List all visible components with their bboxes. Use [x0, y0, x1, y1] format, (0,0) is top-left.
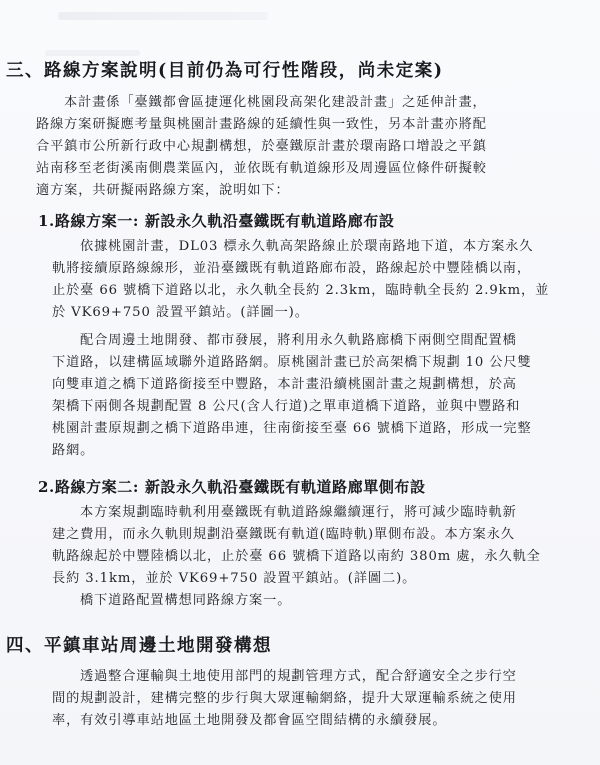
paragraph-line: 適方案，共研擬兩路線方案，說明如下：	[36, 180, 576, 202]
paragraph-line: 配合周邊土地開發、都市發展，將利用永久軌路廊橋下兩側空間配置橋	[52, 330, 582, 352]
section-4-paragraph: 透過整合運輸與土地使用部門的規劃管理方式，配合舒適安全之步行空 間的規劃設計，建…	[52, 666, 582, 732]
paragraph-line: 止於臺 66 號橋下道路以北，永久軌全長約 2.3km，臨時軌全長約 2.9km…	[52, 280, 582, 302]
paragraph-line: 下道路，以建構區域聯外道路路網。原桃園計畫已於高架橋下規劃 10 公尺雙	[52, 352, 582, 374]
paragraph-line: 合平鎮市公所新行政中心規劃構想，於臺鐵原計畫於環南路口增設之平鎮	[36, 136, 576, 158]
paragraph-line: 長約 3.1km，並於 VK69+750 設置平鎮站。(詳圖二)。	[52, 568, 582, 590]
paragraph-line: 軌將接續原路線線形，並沿臺鐵既有軌道路廊布設，路線起於中豐陸橋以南，	[52, 258, 582, 280]
paragraph-line: 路網。	[52, 440, 582, 462]
document-page: 三、路線方案說明(目前仍為可行性階段，尚未定案) 本計畫係「臺鐵都會區捷運化桃園…	[0, 0, 600, 765]
paragraph-line: 間的規劃設計，建構完整的步行與大眾運輸網絡，提升大眾運輸系統之使用	[52, 688, 582, 710]
option-2-paragraph-2: 橋下道路配置構想同路線方案一。	[52, 590, 582, 612]
paragraph-line: 向雙車道之橋下道路銜接至中豐路，本計畫沿續桃園計畫之規劃構想，於高	[52, 374, 582, 396]
paragraph-line: 桃園計畫原規劃之橋下道路串連，往南銜接至臺 66 號橋下道路，形成一完整	[52, 418, 582, 440]
option-2-heading: 2.路線方案二: 新設永久軌沿臺鐵既有軌道路廊單側布設	[38, 476, 426, 497]
paragraph-line: 本計畫係「臺鐵都會區捷運化桃園段高架化建設計畫」之延伸計畫，	[36, 92, 576, 114]
section-3-intro-paragraph: 本計畫係「臺鐵都會區捷運化桃園段高架化建設計畫」之延伸計畫， 路線方案研擬應考量…	[36, 92, 576, 202]
option-1-paragraph-2: 配合周邊土地開發、都市發展，將利用永久軌路廊橋下兩側空間配置橋 下道路，以建構區…	[52, 330, 582, 462]
option-1-heading: 1.路線方案一: 新設永久軌沿臺鐵既有軌道路廊布設	[38, 210, 394, 231]
section-3-heading: 三、路線方案說明(目前仍為可行性階段，尚未定案)	[6, 57, 444, 82]
option-2-paragraph-1: 本方案規劃臨時軌利用臺鐵既有軌道路線繼續運行，將可減少臨時軌新 建之費用，而永久…	[52, 502, 582, 590]
section-4-heading: 四、平鎮車站周邊土地開發構想	[6, 632, 272, 657]
paragraph-line: 建之費用，而永久軌則規劃沿臺鐵既有軌道(臨時軌)單側布設。本方案永久	[52, 524, 582, 546]
paragraph-line: 架橋下兩側各規劃配置 8 公尺(含人行道)之單車道橋下道路，並與中豐路和	[52, 396, 582, 418]
paragraph-line: 依據桃園計畫，DL03 標永久軌高架路線止於環南路地下道，本方案永久	[52, 236, 582, 258]
bleed-through-text	[45, 50, 140, 56]
paragraph-line: 率，有效引導車站地區土地開發及都會區空間結構的永續發展。	[52, 710, 582, 732]
paragraph-line: 路線方案研擬應考量與桃園計畫路線的延續性與一致性，另本計畫亦將配	[36, 114, 576, 136]
paragraph-line: 本方案規劃臨時軌利用臺鐵既有軌道路線繼續運行，將可減少臨時軌新	[52, 502, 582, 524]
paragraph-line: 站南移至老街溪南側農業區內，並依既有軌道線形及周邊區位條件研擬較	[36, 158, 576, 180]
bleed-through-text	[58, 12, 268, 20]
paragraph-line: 軌路線起於中豐陸橋以北，止於臺 66 號橋下道路以南約 380m 處，永久軌全	[52, 546, 582, 568]
option-1-paragraph-1: 依據桃園計畫，DL03 標永久軌高架路線止於環南路地下道，本方案永久 軌將接續原…	[52, 236, 582, 324]
paragraph-line: 透過整合運輸與土地使用部門的規劃管理方式，配合舒適安全之步行空	[52, 666, 582, 688]
paragraph-line: 於 VK69+750 設置平鎮站。(詳圖一)。	[52, 302, 582, 324]
paragraph-line: 橋下道路配置構想同路線方案一。	[52, 590, 582, 612]
